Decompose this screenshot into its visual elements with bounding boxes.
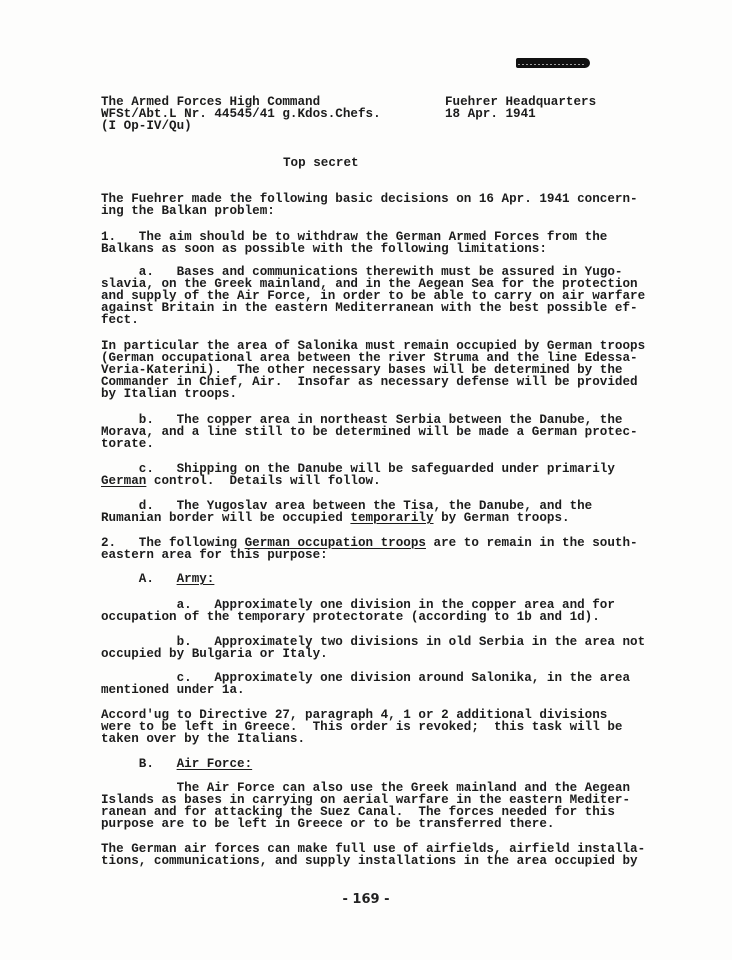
document-title: Top secret [283, 157, 359, 169]
section-a-heading: A. Army: [101, 573, 214, 585]
paragraph-1a-line: against Britain in the eastern Mediterra… [101, 302, 638, 314]
army-item-b-line: occupied by Bulgaria or Italy. [101, 648, 328, 660]
text-span: control. Details will follow. [146, 474, 380, 488]
section-label: B. [101, 757, 177, 771]
text-span: Rumanian border will be occupied [101, 511, 350, 525]
underlined-emphasis: German [101, 474, 146, 488]
document-page: The Armed Forces High Command WFSt/Abt.L… [0, 0, 732, 960]
section-title: Air Force: [177, 757, 253, 771]
air-force-paragraph-line: purpose are to be left in Greece or to b… [101, 818, 554, 830]
paragraph-1-line: Balkans as soon as possible with the fol… [101, 243, 547, 255]
section-label: A. [101, 572, 177, 586]
section-title: Army: [177, 572, 215, 586]
underlined-emphasis: temporarily [350, 511, 433, 525]
text-span: are to remain in the south- [426, 536, 638, 550]
intro-line: ing the Balkan problem: [101, 205, 275, 217]
header-date: 18 Apr. 1941 [445, 108, 536, 120]
page-number: - 169 - [0, 892, 732, 907]
text-span: by German troops. [434, 511, 570, 525]
paragraph-1b-line: torate. [101, 438, 154, 450]
header-office-code: (I Op-IV/Qu) [101, 120, 192, 132]
paragraph-1a-line: fect. [101, 314, 139, 326]
classification-stamp-redacted [516, 58, 590, 68]
paragraph-1b-line: Morava, and a line still to be determine… [101, 426, 638, 438]
paragraph-salonika-line: by Italian troops. [101, 388, 237, 400]
paragraph-1d-line: Rumanian border will be occupied tempora… [101, 512, 570, 524]
paragraph-2-line: eastern area for this purpose: [101, 549, 328, 561]
army-item-a-line: occupation of the temporary protectorate… [101, 611, 600, 623]
paragraph-directive-27-line: taken over by the Italians. [101, 733, 305, 745]
army-item-c-line: mentioned under 1a. [101, 684, 245, 696]
air-forces-usage-line: tions, communications, and supply instal… [101, 855, 638, 867]
paragraph-1c-line: German control. Details will follow. [101, 475, 381, 487]
section-b-heading: B. Air Force: [101, 758, 252, 770]
